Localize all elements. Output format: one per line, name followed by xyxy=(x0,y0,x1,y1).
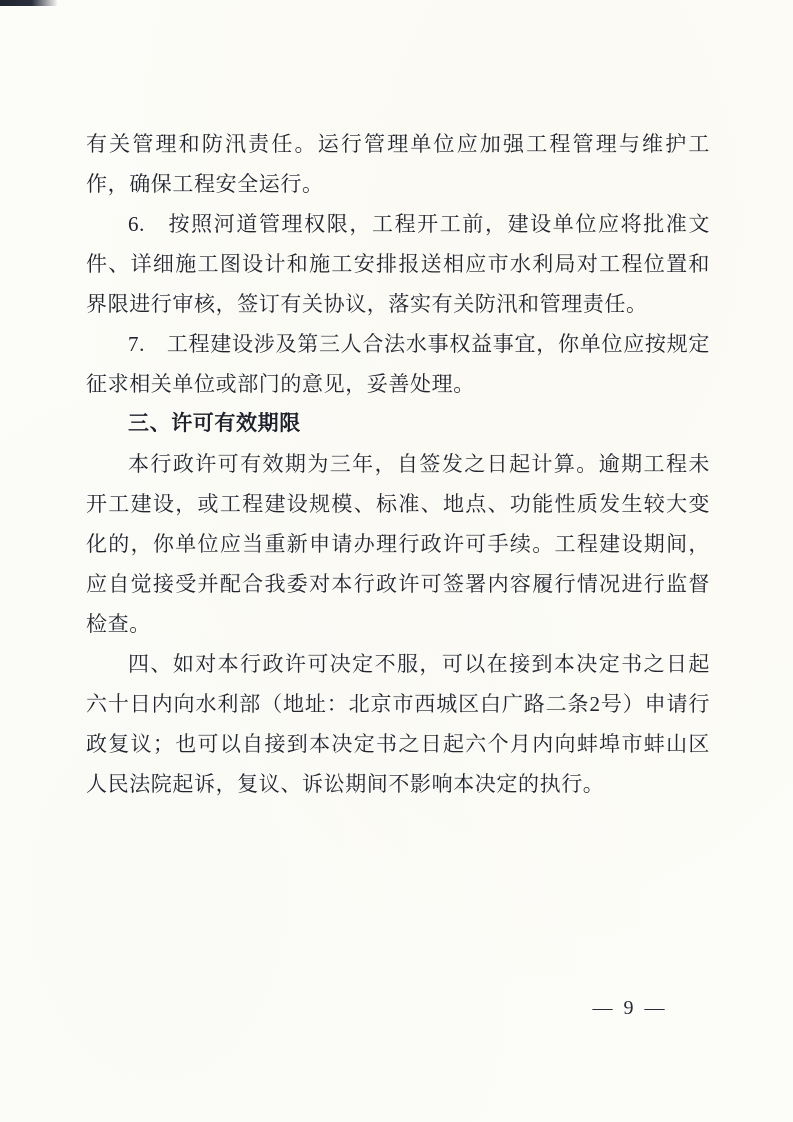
body-paragraph-validity-terms: 本行政许可有效期为三年，自签发之日起计算。逾期工程未开工建设，或工程建设规模、标… xyxy=(86,444,710,644)
body-paragraph-item-7: 7. 工程建设涉及第三人合法水事权益事宜，你单位应按规定征求相关单位或部门的意见… xyxy=(86,324,710,404)
body-paragraph-item-6: 6. 按照河道管理权限，工程开工前，建设单位应将批准文件、详细施工图设计和施工安… xyxy=(86,204,710,324)
page-number: — 9 — xyxy=(585,997,675,1020)
scan-artifact-mark xyxy=(0,0,58,6)
section-heading-permit-validity: 三、许可有效期限 xyxy=(86,404,710,444)
scanned-document-page: 有关管理和防汛责任。运行管理单位应加强工程管理与维护工作，确保工程安全运行。 6… xyxy=(0,0,793,1122)
document-body: 有关管理和防汛责任。运行管理单位应加强工程管理与维护工作，确保工程安全运行。 6… xyxy=(86,124,710,804)
body-paragraph-appeal-rights: 四、如对本行政许可决定不服，可以在接到本决定书之日起六十日内向水利部（地址：北京… xyxy=(86,644,710,804)
body-paragraph-continuation: 有关管理和防汛责任。运行管理单位应加强工程管理与维护工作，确保工程安全运行。 xyxy=(86,124,710,204)
